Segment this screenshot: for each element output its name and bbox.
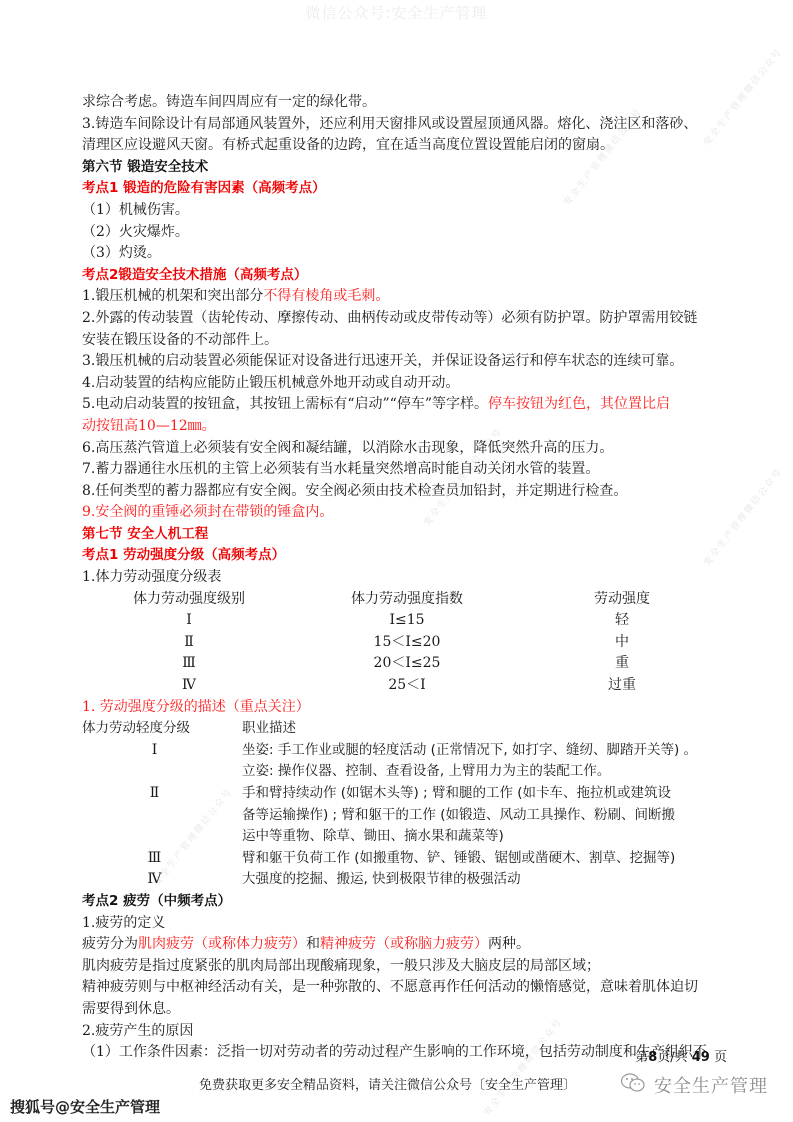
highlight-text: 不得有棱角或毛刺。 xyxy=(263,288,389,304)
table-row: Ⅲ 臂和躯干负荷工作 (如搬重物、铲、锤锻、锯刨或凿硬木、割草、挖掘等) xyxy=(82,848,732,870)
table-cell: 重 xyxy=(572,653,672,675)
description-line: 立姿: 操作仪器、控制、查看设备, 上臂用力为主的装配工作。 xyxy=(242,761,732,783)
paragraph-line: 求综合考虑。铸造车间四周应有一定的绿化带。 xyxy=(82,92,732,114)
table-cell: 中 xyxy=(572,632,672,654)
description-line: 臂和躯干负荷工作 (如搬重物、铲、锤锻、锯刨或凿硬木、割草、挖掘等) xyxy=(242,848,732,870)
subsection-title: 2.疲劳产生的原因 xyxy=(82,1021,732,1043)
list-item: 5.电动启动装置的按钮盒，其按钮上需标有“启动”“停车”等字样。停车按钮为红色，… xyxy=(82,394,732,416)
table-cell: 25＜I xyxy=(342,675,472,697)
list-item: （2）火灾爆炸。 xyxy=(82,222,732,244)
brand-name: 安全生产管理 xyxy=(654,1072,768,1098)
table-cell: Ⅱ xyxy=(124,632,254,654)
description-line: 大强度的挖掘、搬运, 快到极限节律的极强活动 xyxy=(242,869,732,891)
table-row: Ⅳ 25＜I 过重 xyxy=(82,675,732,697)
highlight-text: 精神疲劳（或称脑力疲劳） xyxy=(320,936,488,952)
list-item: （3）灼烫。 xyxy=(82,243,732,265)
text: 疲劳分为 xyxy=(82,936,138,952)
list-item: 8.任何类型的蓄力器都应有安全阀。安全阀必须由技术检查员加铅封，并定期进行检查。 xyxy=(82,481,732,503)
table-header: 劳动强度 xyxy=(572,589,672,611)
wechat-icon xyxy=(620,1072,646,1098)
sohu-watermark: 搜狐号@安全生产管理 xyxy=(10,1096,160,1117)
highlight-text: 动按钮高10—12㎜。 xyxy=(82,416,732,438)
paragraph-line: 疲劳分为肌肉疲劳（或称体力疲劳）和精神疲劳（或称脑力疲劳）两种。 xyxy=(82,934,732,956)
list-item: 9.安全阀的重锤必须封在带锁的锤盒内。 xyxy=(82,502,732,524)
subsection-title: 1.疲劳的定义 xyxy=(82,913,732,935)
text: 和 xyxy=(306,936,320,952)
table-header: 体力劳动强度级别 xyxy=(124,589,254,611)
paragraph-line: 肌肉疲劳是指过度紧张的肌肉局部出现酸痛现象，一般只涉及大脑皮层的局部区域； xyxy=(82,956,732,978)
grade-cell: Ⅱ xyxy=(82,783,227,805)
description-line: 坐姿: 手工作业或腿的轻度活动 (正常情况下, 如打字、缝纫、脚踏开关等) 。 xyxy=(242,740,732,762)
list-item: 4.启动装置的结构应能防止锻压机械意外地开动或自动开动。 xyxy=(82,373,732,395)
exam-point-title: 考点2 疲劳（中频考点） xyxy=(82,891,732,913)
description-line: 手和臂持续动作 (如锯木头等) ; 臂和腿的工作 (如卡车、拖拉机或建筑设 xyxy=(242,783,732,805)
table-header-row: 体力劳动强度级别 体力劳动强度指数 劳动强度 xyxy=(82,589,732,611)
item-text: 1.锻压机械的机架和突出部分 xyxy=(82,288,263,304)
highlight-text: 停车按钮为红色，其位置比启 xyxy=(488,396,670,412)
table-row: Ⅰ I≤15 轻 xyxy=(82,610,732,632)
table-row: Ⅱ 15＜I≤20 中 xyxy=(82,632,732,654)
table-cell: 20＜I≤25 xyxy=(342,653,472,675)
list-item-continued: 安装在锻压设备的不动部件上。 xyxy=(82,330,732,352)
exam-point-title: 考点1 劳动强度分级（高频考点） xyxy=(82,545,732,567)
highlight-text: 肌肉疲劳（或称体力疲劳） xyxy=(138,936,306,952)
labor-description-table: 体力劳动轻度分级 职业描述 Ⅰ 坐姿: 手工作业或腿的轻度活动 (正常情况下, … xyxy=(82,718,732,891)
subsection-title: 1. 劳动强度分级的描述（重点关注） xyxy=(82,697,732,719)
document-body: 求综合考虑。铸造车间四周应有一定的绿化带。 3.铸造车间除设计有局部通风装置外，… xyxy=(82,92,732,1064)
text: 两种。 xyxy=(488,936,530,952)
section-title: 第六节 锻造安全技术 xyxy=(82,157,732,179)
wechat-brand: 安全生产管理 xyxy=(620,1072,793,1098)
paragraph-line: 清理区应设避风天窗。有桥式起重设备的边跨，宜在适当高度位置设置能启闭的窗扇。 xyxy=(82,135,732,157)
description-line: 运中等重物、除草、锄田、摘水果和蔬菜等) xyxy=(242,826,732,848)
grade-cell: Ⅰ xyxy=(82,740,227,762)
table-cell: Ⅰ xyxy=(124,610,254,632)
table-cell: Ⅳ xyxy=(124,675,254,697)
top-watermark: 微信公众号:安全生产管理 xyxy=(0,2,793,23)
table-row: Ⅲ 20＜I≤25 重 xyxy=(82,653,732,675)
page-label: 页/共 xyxy=(657,1050,692,1065)
list-item: （1）机械伤害。 xyxy=(82,200,732,222)
list-item: 3.锻压机械的启动装置必须能保证对设备进行迅速开关，并保证设备运行和停车状态的连… xyxy=(82,351,732,373)
table-row: Ⅳ 大强度的挖掘、搬运, 快到极限节律的极强活动 xyxy=(82,869,732,891)
grade-cell: Ⅲ xyxy=(82,848,227,870)
table-cell: 轻 xyxy=(572,610,672,632)
section-title: 第七节 安全人机工程 xyxy=(82,524,732,546)
exam-point-title: 考点2锻造安全技术措施（高频考点） xyxy=(82,265,732,287)
table-row: Ⅱ 手和臂持续动作 (如锯木头等) ; 臂和腿的工作 (如卡车、拖拉机或建筑设 … xyxy=(82,783,732,848)
table-row: Ⅰ 坐姿: 手工作业或腿的轻度活动 (正常情况下, 如打字、缝纫、脚踏开关等) … xyxy=(82,740,732,783)
description-line: 备等运输操作) ; 臂和躯干的工作 (如锻造、风动工具操作、粉刷、间断搬 xyxy=(242,805,732,827)
footer-note: 免费获取更多安全精品资料，请关注微信公众号〔安全生产管理〕 xyxy=(199,1074,576,1093)
table-cell: I≤15 xyxy=(342,610,472,632)
page-label: 页 xyxy=(710,1050,727,1065)
list-item: 7.蓄力器通往水压机的主管上必须装有当水耗量突然增高时能自动关闭水管的装置。 xyxy=(82,459,732,481)
list-item: 6.高压蒸汽管道上必须装有安全阀和凝结罐，以消除水击现象，降低突然升高的压力。 xyxy=(82,438,732,460)
current-page: 8 xyxy=(648,1050,657,1065)
paragraph-line: 精神疲劳则与中枢神经活动有关，是一种弥散的、不愿意再作任何活动的懒惰感觉，意味着… xyxy=(82,977,732,999)
exam-point-title: 考点1 锻造的危险有害因素（高频考点） xyxy=(82,178,732,200)
labor-intensity-table: 体力劳动强度级别 体力劳动强度指数 劳动强度 Ⅰ I≤15 轻 Ⅱ 15＜I≤2… xyxy=(82,589,732,697)
table-cell: 15＜I≤20 xyxy=(342,632,472,654)
table-caption: 1.体力劳动强度分级表 xyxy=(82,567,732,589)
table-header: 体力劳动轻度分级 xyxy=(82,718,232,740)
list-item: 1.锻压机械的机架和突出部分不得有棱角或毛刺。 xyxy=(82,286,732,308)
page-label: 第 xyxy=(635,1050,648,1065)
table-header: 职业描述 xyxy=(242,718,732,740)
list-item: 2.外露的传动装置（齿轮传动、摩擦传动、曲柄传动或皮带传动等）必须有防护罩。防护… xyxy=(82,308,732,330)
table-cell: 过重 xyxy=(572,675,672,697)
paragraph-line: 3.铸造车间除设计有局部通风装置外，还应利用天窗排风或设置屋顶通风器。熔化、浇注… xyxy=(82,114,732,136)
total-pages: 49 xyxy=(692,1050,710,1065)
paragraph-line: 需要得到休息。 xyxy=(82,999,732,1021)
table-cell: Ⅲ xyxy=(124,653,254,675)
table-header-row: 体力劳动轻度分级 职业描述 xyxy=(82,718,732,740)
table-header: 体力劳动强度指数 xyxy=(342,589,472,611)
item-text: 5.电动启动装置的按钮盒，其按钮上需标有“启动”“停车”等字样。 xyxy=(82,396,488,412)
page-number: 第8页/共 49 页 xyxy=(600,1046,727,1065)
grade-cell: Ⅳ xyxy=(82,869,227,891)
